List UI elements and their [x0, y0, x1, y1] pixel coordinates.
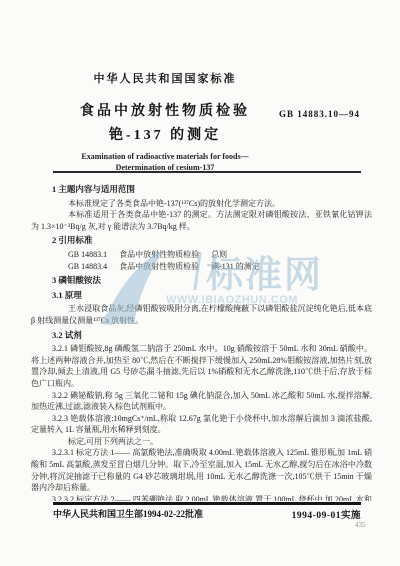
section-3-1-heading: 3.1 原理 — [52, 290, 372, 302]
reference-2-code: GB 14883.4 — [68, 262, 107, 271]
document-subtitle-english-line1: Examination of radioactive materials for… — [40, 152, 290, 161]
national-standard-label: 中华人民共和国国家标准 — [40, 70, 290, 86]
section-1-heading: 1 主题内容与适用范围 — [52, 184, 372, 196]
reference-row-1: GB 14883.1食品中放射性物质检验总则 — [68, 249, 372, 261]
scanned-standard-document-page: 标准网 WWW.IBIAOZHUN.COM 中华人民共和国国家标准 食品中放射性… — [0, 0, 400, 566]
document-header: 中华人民共和国国家标准 食品中放射性物质检验 铯-137 的测定 Examina… — [40, 70, 290, 172]
reference-1-part: 总则 — [211, 250, 227, 259]
document-body: 1 主题内容与适用范围 本标准规定了各类食品中铯-137(¹³⁷Cs)的放射化学… — [31, 181, 372, 501]
reference-2-part: 碘-131 的测定 — [211, 262, 260, 271]
section-3-2-heading: 3.2 试剂 — [52, 330, 372, 342]
section-3-1-paragraph: 王水浸取食品灰,经磷钼酸铵吸附分离,在柠檬酸掩蔽下以磷钼酸盐沉淀纯化铯后,低本底… — [31, 303, 372, 326]
clause-3-2-3-2-paragraph: 3.2.3.2 标定方法 2—— 四苯硼铯法,取 2.00mL 铯载体溶液,置于… — [31, 494, 372, 501]
section-1-paragraph-2: 本标准适用于各类食品中铯-137 的测定。方法测定限对磷钼酸铵法、亚铁氰化钴钾法… — [31, 209, 372, 232]
implementation-date: 1994-09-01实施 — [292, 507, 361, 521]
clause-3-2-2-paragraph: 3.2.2 碘铋酸钠,称 5g 三氧化二铋和 15g 碘化钠混合,加入 50mL… — [31, 390, 372, 413]
page-number: 435 — [355, 521, 366, 529]
reference-1-code: GB 14883.1 — [68, 250, 107, 259]
clause-3-2-1-paragraph: 3.2.1 磷钼酸铵,8g 磷酸氢二钠溶于 250mL 水中。10g 硝酸铵溶于… — [31, 343, 372, 389]
section-3-heading: 3 磷钼酸铵法 — [52, 275, 372, 287]
calibration-note-paragraph: 标定,可用下列两法之一。 — [31, 436, 372, 448]
document-footer: 中华人民共和国卫生部1994-02-22批准 1994-09-01实施 — [53, 507, 361, 521]
section-2-heading: 2 引用标准 — [52, 235, 372, 247]
reference-2-title: 食品中放射性物质检验 — [119, 262, 199, 271]
header-divider-rule — [53, 171, 361, 173]
footer-divider-rule — [53, 502, 361, 505]
clause-3-2-3-1-paragraph: 3.2.3.1 标定方法 1—— 高氯酸铯法,准确吸取 4.00mL 铯载体溶液… — [31, 447, 372, 493]
clause-3-2-3-paragraph: 3.2.3 铯载体溶液:10mgCs⁺/mL,称取 12.67g 氯化铯于小烧杯… — [31, 413, 372, 436]
document-title-line1: 食品中放射性物质检验 — [40, 100, 290, 120]
document-title-line2: 铯-137 的测定 — [40, 124, 290, 144]
standard-code: GB 14883.10—94 — [279, 109, 360, 119]
approval-statement: 中华人民共和国卫生部1994-02-22批准 — [53, 507, 203, 521]
reference-row-2: GB 14883.4食品中放射性物质检验碘-131 的测定 — [68, 261, 372, 273]
reference-1-title: 食品中放射性物质检验 — [119, 250, 199, 259]
section-1-paragraph-1: 本标准规定了各类食品中铯-137(¹³⁷Cs)的放射化学测定方法。 — [31, 198, 372, 210]
